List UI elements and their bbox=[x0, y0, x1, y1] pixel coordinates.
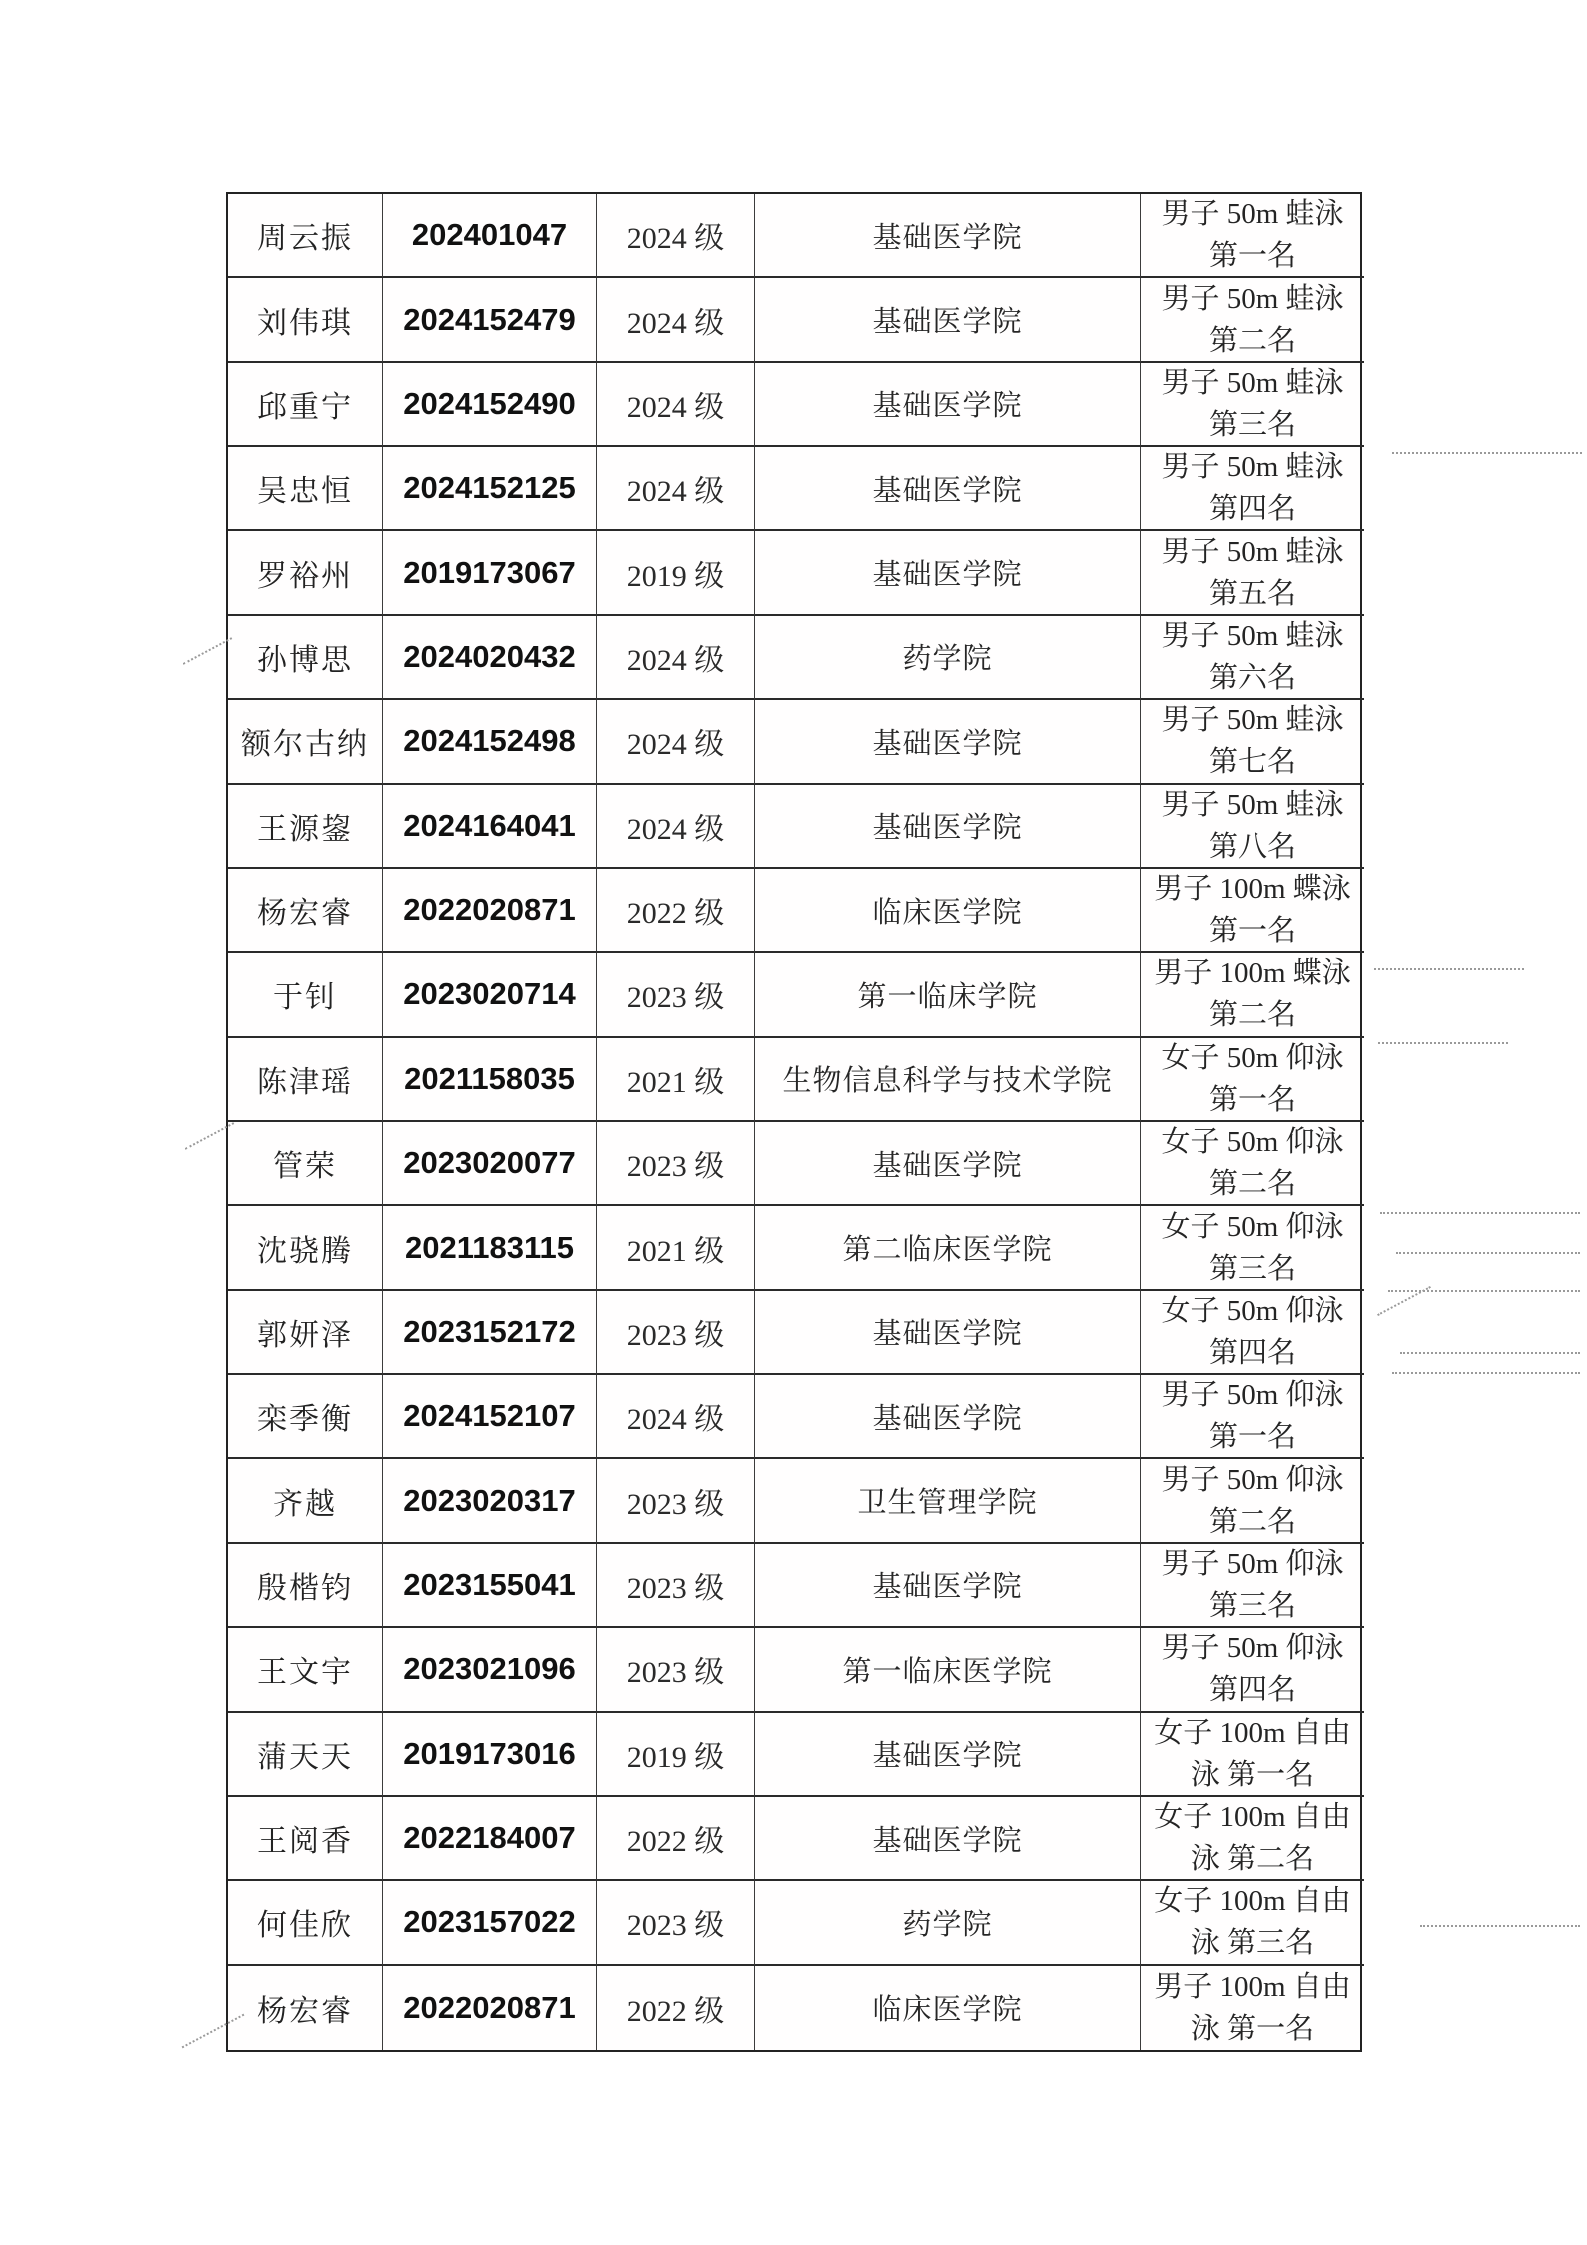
cell-college: 基础医学院 bbox=[755, 700, 1141, 784]
cell-grade: 2021 级 bbox=[597, 1206, 755, 1290]
cell-result: 男子 50m 仰泳 第三名 bbox=[1141, 1544, 1364, 1628]
cell-name: 杨宏睿 bbox=[228, 869, 383, 953]
cell-name: 罗裕州 bbox=[228, 531, 383, 615]
cell-student_id: 2021158035 bbox=[383, 1038, 597, 1122]
cell-name: 于钊 bbox=[228, 953, 383, 1037]
cell-name: 栾季衡 bbox=[228, 1375, 383, 1459]
scan-artifact bbox=[1396, 1252, 1580, 1254]
cell-name: 王文宇 bbox=[228, 1628, 383, 1712]
cell-student_id: 2024152479 bbox=[383, 278, 597, 362]
cell-college: 基础医学院 bbox=[755, 278, 1141, 362]
cell-student_id: 2022020871 bbox=[383, 1966, 597, 2050]
cell-college: 基础医学院 bbox=[755, 1544, 1141, 1628]
cell-grade: 2021 级 bbox=[597, 1038, 755, 1122]
cell-grade: 2022 级 bbox=[597, 869, 755, 953]
cell-college: 卫生管理学院 bbox=[755, 1459, 1141, 1543]
cell-name: 孙博思 bbox=[228, 616, 383, 700]
cell-grade: 2023 级 bbox=[597, 953, 755, 1037]
cell-student_id: 2024152490 bbox=[383, 363, 597, 447]
cell-grade: 2024 级 bbox=[597, 785, 755, 869]
scan-artifact bbox=[183, 637, 233, 665]
cell-grade: 2024 级 bbox=[597, 1375, 755, 1459]
cell-result: 女子 100m 自由泳 第一名 bbox=[1141, 1713, 1364, 1797]
cell-student_id: 2022184007 bbox=[383, 1797, 597, 1881]
cell-result: 男子 50m 仰泳 第二名 bbox=[1141, 1459, 1364, 1543]
cell-name: 何佳欣 bbox=[228, 1881, 383, 1965]
cell-student_id: 2023020077 bbox=[383, 1122, 597, 1206]
cell-grade: 2022 级 bbox=[597, 1797, 755, 1881]
cell-student_id: 2023155041 bbox=[383, 1544, 597, 1628]
cell-college: 基础医学院 bbox=[755, 363, 1141, 447]
cell-result: 男子 50m 仰泳 第四名 bbox=[1141, 1628, 1364, 1712]
cell-name: 吴忠恒 bbox=[228, 447, 383, 531]
cell-college: 药学院 bbox=[755, 616, 1141, 700]
cell-college: 基础医学院 bbox=[755, 1291, 1141, 1375]
cell-grade: 2024 级 bbox=[597, 278, 755, 362]
cell-result: 女子 50m 仰泳 第四名 bbox=[1141, 1291, 1364, 1375]
cell-student_id: 2024020432 bbox=[383, 616, 597, 700]
cell-student_id: 2019173016 bbox=[383, 1713, 597, 1797]
cell-result: 男子 50m 蛙泳 第四名 bbox=[1141, 447, 1364, 531]
cell-grade: 2023 级 bbox=[597, 1291, 755, 1375]
cell-name: 殷楷钧 bbox=[228, 1544, 383, 1628]
cell-student_id: 2019173067 bbox=[383, 531, 597, 615]
cell-college: 第一临床医学院 bbox=[755, 1628, 1141, 1712]
scan-artifact bbox=[1392, 1372, 1580, 1374]
cell-result: 男子 100m 自由泳 第一名 bbox=[1141, 1966, 1364, 2050]
cell-name: 邱重宁 bbox=[228, 363, 383, 447]
cell-result: 男子 50m 蛙泳 第五名 bbox=[1141, 531, 1364, 615]
cell-student_id: 2024152125 bbox=[383, 447, 597, 531]
cell-name: 郭妍泽 bbox=[228, 1291, 383, 1375]
cell-result: 男子 50m 蛙泳 第六名 bbox=[1141, 616, 1364, 700]
cell-grade: 2024 级 bbox=[597, 447, 755, 531]
cell-result: 女子 50m 仰泳 第三名 bbox=[1141, 1206, 1364, 1290]
cell-name: 蒲天天 bbox=[228, 1713, 383, 1797]
cell-result: 男子 50m 蛙泳 第七名 bbox=[1141, 700, 1364, 784]
cell-grade: 2019 级 bbox=[597, 1713, 755, 1797]
cell-name: 额尔古纳 bbox=[228, 700, 383, 784]
cell-college: 基础医学院 bbox=[755, 785, 1141, 869]
cell-result: 女子 100m 自由泳 第二名 bbox=[1141, 1797, 1364, 1881]
cell-result: 男子 50m 蛙泳 第二名 bbox=[1141, 278, 1364, 362]
cell-result: 女子 50m 仰泳 第二名 bbox=[1141, 1122, 1364, 1206]
cell-grade: 2023 级 bbox=[597, 1544, 755, 1628]
cell-student_id: 202401047 bbox=[383, 194, 597, 278]
cell-student_id: 2024164041 bbox=[383, 785, 597, 869]
cell-college: 基础医学院 bbox=[755, 194, 1141, 278]
cell-college: 基础医学院 bbox=[755, 1122, 1141, 1206]
cell-result: 男子 50m 仰泳 第一名 bbox=[1141, 1375, 1364, 1459]
cell-student_id: 2024152107 bbox=[383, 1375, 597, 1459]
cell-college: 基础医学院 bbox=[755, 531, 1141, 615]
cell-student_id: 2023157022 bbox=[383, 1881, 597, 1965]
cell-college: 临床医学院 bbox=[755, 869, 1141, 953]
cell-name: 齐越 bbox=[228, 1459, 383, 1543]
cell-college: 基础医学院 bbox=[755, 447, 1141, 531]
cell-grade: 2022 级 bbox=[597, 1966, 755, 2050]
cell-grade: 2024 级 bbox=[597, 616, 755, 700]
cell-grade: 2019 级 bbox=[597, 531, 755, 615]
cell-result: 女子 100m 自由泳 第三名 bbox=[1141, 1881, 1364, 1965]
cell-grade: 2023 级 bbox=[597, 1459, 755, 1543]
cell-grade: 2024 级 bbox=[597, 700, 755, 784]
cell-student_id: 2024152498 bbox=[383, 700, 597, 784]
cell-name: 管荣 bbox=[228, 1122, 383, 1206]
cell-student_id: 2023152172 bbox=[383, 1291, 597, 1375]
cell-student_id: 2023020714 bbox=[383, 953, 597, 1037]
cell-college: 生物信息科学与技术学院 bbox=[755, 1038, 1141, 1122]
cell-result: 男子 50m 蛙泳 第三名 bbox=[1141, 363, 1364, 447]
cell-name: 刘伟琪 bbox=[228, 278, 383, 362]
cell-student_id: 2023020317 bbox=[383, 1459, 597, 1543]
scan-artifact bbox=[1374, 968, 1524, 970]
cell-result: 男子 50m 蛙泳 第一名 bbox=[1141, 194, 1364, 278]
cell-college: 第二临床医学院 bbox=[755, 1206, 1141, 1290]
scan-artifact bbox=[1378, 1042, 1508, 1044]
cell-result: 男子 100m 蝶泳 第一名 bbox=[1141, 869, 1364, 953]
cell-name: 陈津瑶 bbox=[228, 1038, 383, 1122]
cell-student_id: 2021183115 bbox=[383, 1206, 597, 1290]
cell-college: 基础医学院 bbox=[755, 1375, 1141, 1459]
swimming-results-table: 周云振2024010472024 级基础医学院男子 50m 蛙泳 第一名刘伟琪2… bbox=[226, 192, 1362, 2052]
scan-artifact bbox=[1420, 1925, 1580, 1927]
scanned-document-page: 周云振2024010472024 级基础医学院男子 50m 蛙泳 第一名刘伟琪2… bbox=[0, 0, 1587, 2245]
cell-result: 女子 50m 仰泳 第一名 bbox=[1141, 1038, 1364, 1122]
cell-name: 周云振 bbox=[228, 194, 383, 278]
cell-student_id: 2023021096 bbox=[383, 1628, 597, 1712]
cell-college: 临床医学院 bbox=[755, 1966, 1141, 2050]
cell-grade: 2024 级 bbox=[597, 194, 755, 278]
cell-grade: 2023 级 bbox=[597, 1881, 755, 1965]
cell-grade: 2023 级 bbox=[597, 1628, 755, 1712]
cell-name: 王阅香 bbox=[228, 1797, 383, 1881]
cell-college: 基础医学院 bbox=[755, 1713, 1141, 1797]
cell-name: 沈骁腾 bbox=[228, 1206, 383, 1290]
cell-student_id: 2022020871 bbox=[383, 869, 597, 953]
cell-name: 王源鋆 bbox=[228, 785, 383, 869]
cell-grade: 2023 级 bbox=[597, 1122, 755, 1206]
scan-artifact bbox=[1400, 1352, 1580, 1354]
cell-name: 杨宏睿 bbox=[228, 1966, 383, 2050]
cell-college: 药学院 bbox=[755, 1881, 1141, 1965]
scan-artifact bbox=[1380, 1212, 1580, 1214]
cell-college: 基础医学院 bbox=[755, 1797, 1141, 1881]
cell-college: 第一临床学院 bbox=[755, 953, 1141, 1037]
cell-grade: 2024 级 bbox=[597, 363, 755, 447]
scan-artifact bbox=[1392, 452, 1582, 454]
cell-result: 男子 50m 蛙泳 第八名 bbox=[1141, 785, 1364, 869]
cell-result: 男子 100m 蝶泳 第二名 bbox=[1141, 953, 1364, 1037]
